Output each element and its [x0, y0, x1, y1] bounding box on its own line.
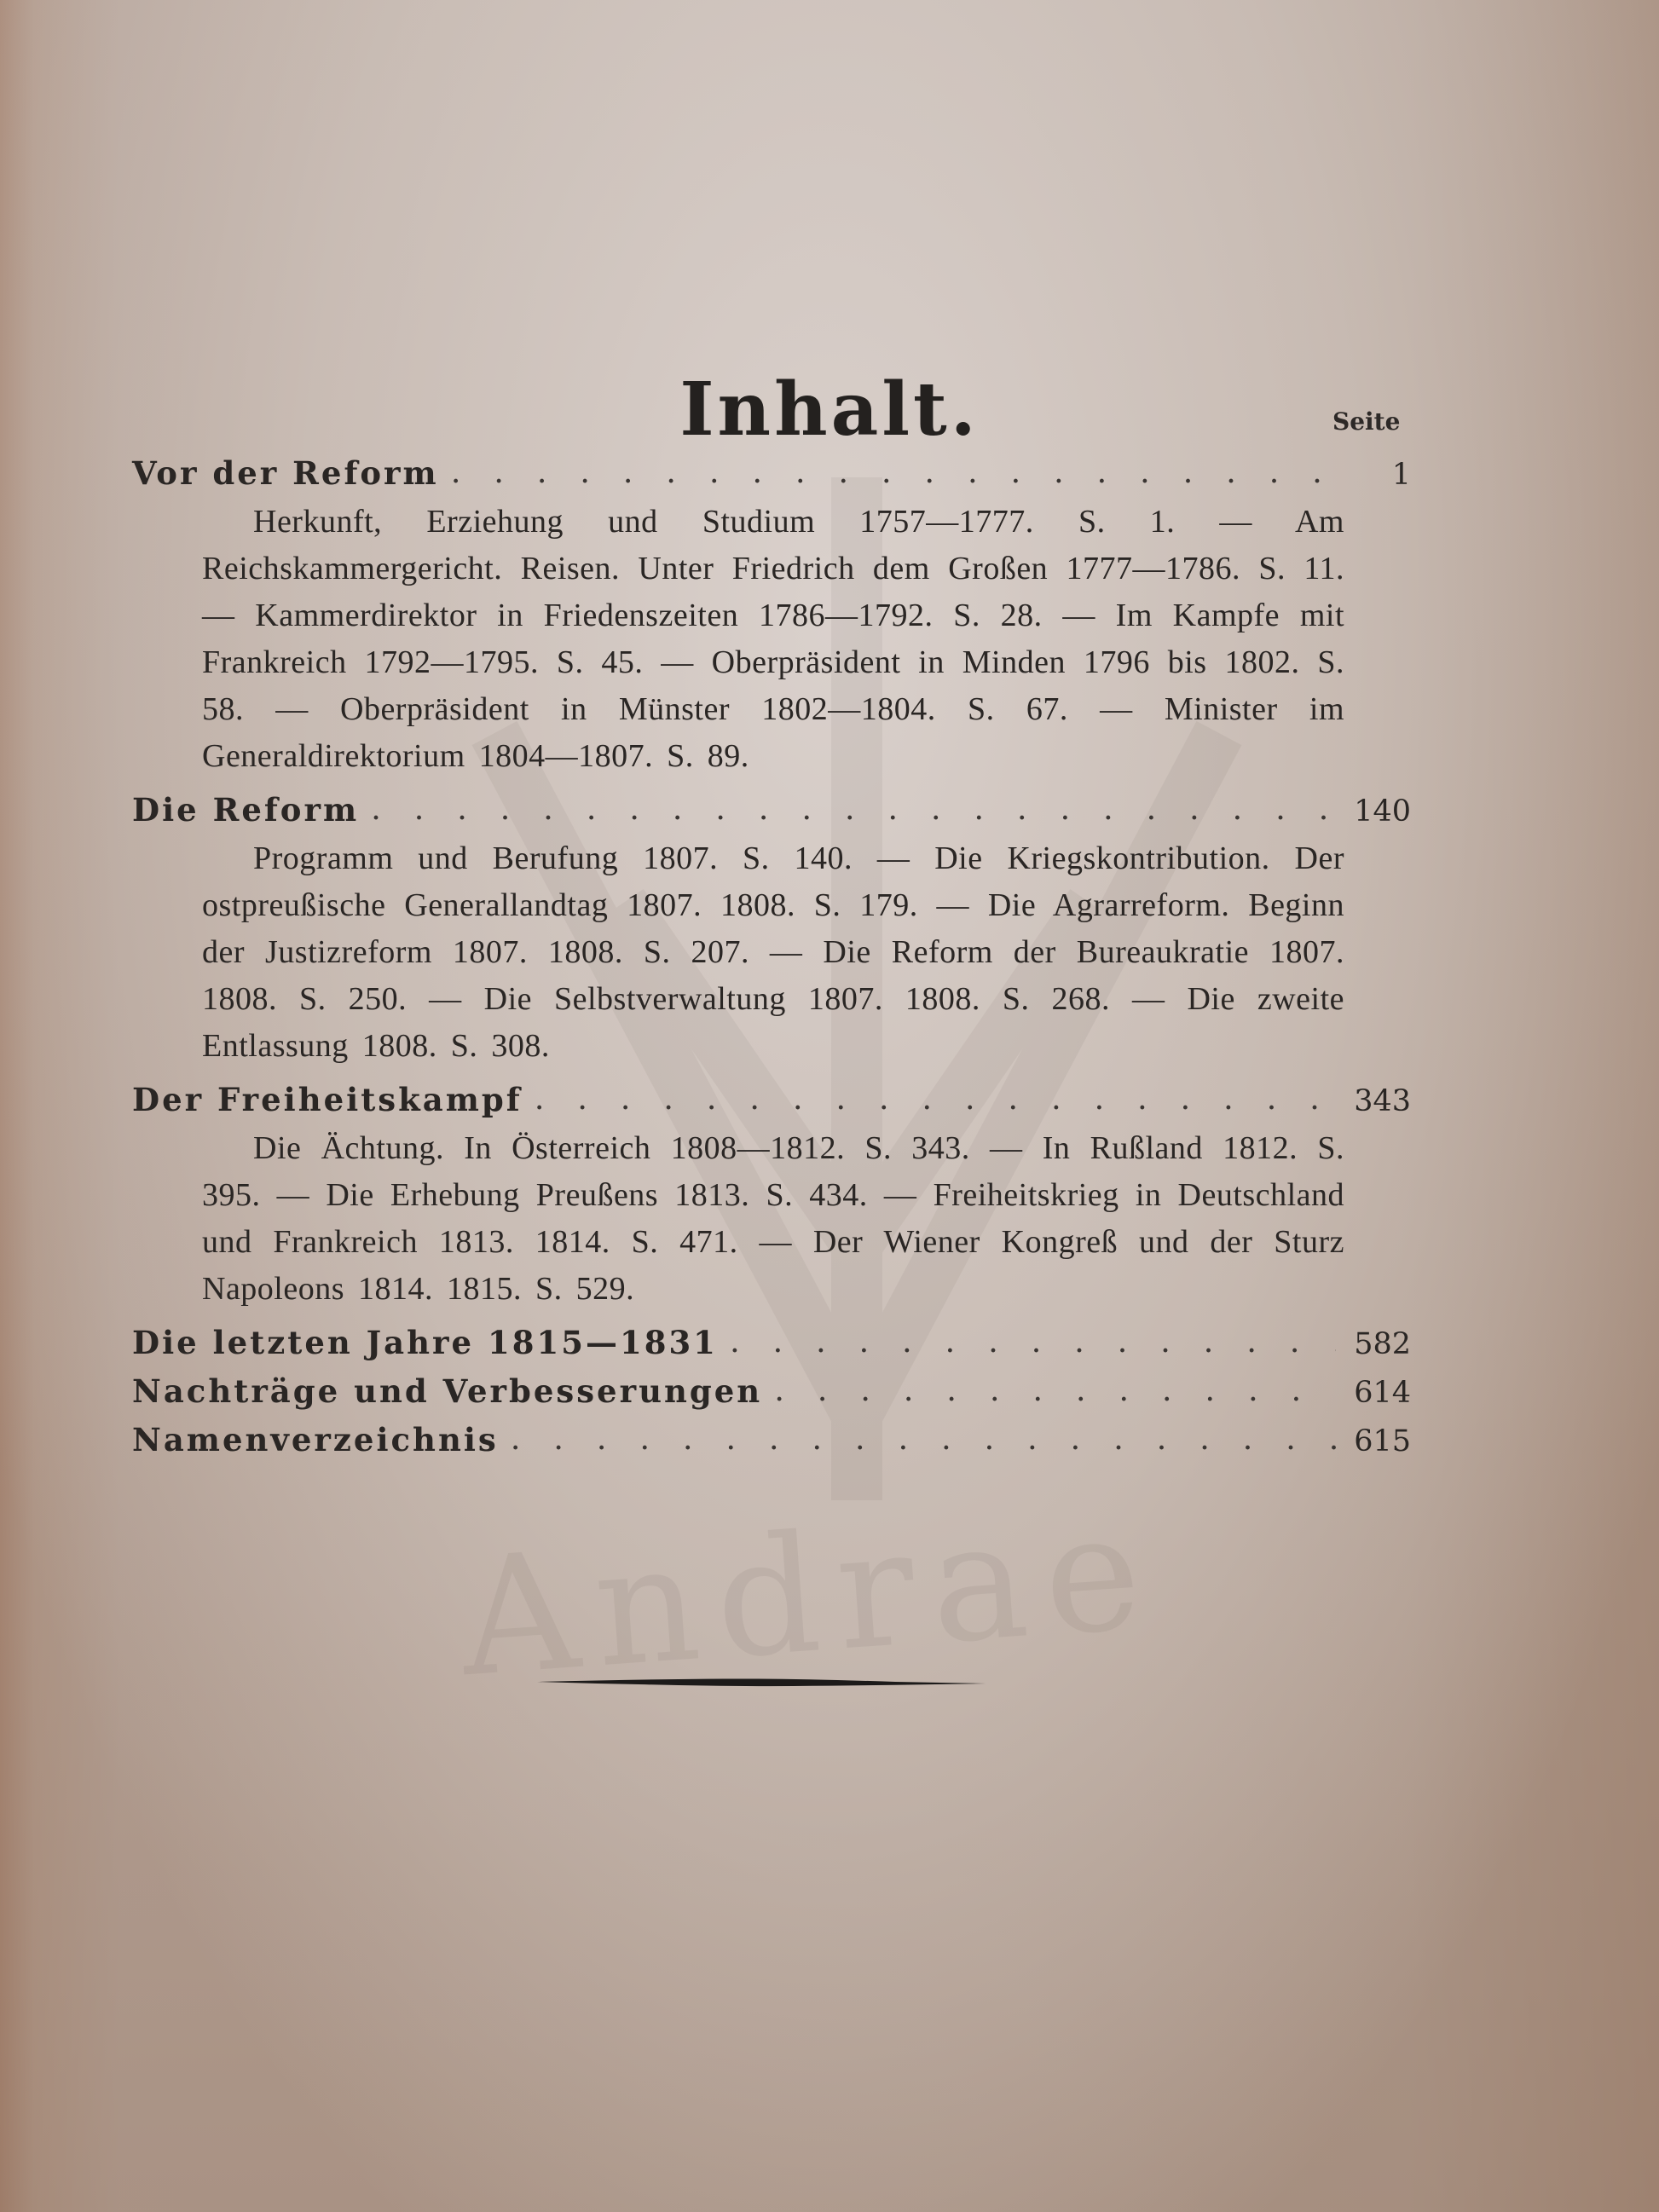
table-of-contents: Vor der Reform 1 Herkunft, Erziehung und…: [132, 450, 1411, 1465]
toc-entry-heading[interactable]: Vor der Reform 1: [132, 450, 1411, 499]
toc-entry: Die Reform 140 Programm und Berufung 180…: [132, 787, 1411, 1070]
decorative-rule-icon: [537, 1678, 986, 1688]
toc-page-number: 614: [1351, 1370, 1411, 1417]
toc-entry-title: Nachträge und Verbesserungen: [132, 1368, 762, 1415]
toc-entry-title: Der Freiheitskampf: [132, 1077, 523, 1123]
toc-entry-title: Die letzten Jahre 1815—1831: [132, 1320, 718, 1366]
toc-entry: Die letzten Jahre 1815—1831 582: [132, 1320, 1411, 1368]
dot-leader: [511, 1415, 1336, 1462]
toc-entry-description: Programm und Berufung 1807. S. 140. — Di…: [202, 835, 1344, 1070]
page-column-header: Seite: [1332, 407, 1400, 436]
toc-entry: Der Freiheitskampf 343 Die Ächtung. In Ö…: [132, 1077, 1411, 1313]
toc-entry-title: Vor der Reform: [132, 450, 439, 497]
toc-entry-heading[interactable]: Namenverzeichnis 615: [132, 1417, 1411, 1465]
dot-leader: [730, 1318, 1336, 1365]
toc-page-number: 140: [1351, 788, 1411, 835]
dot-leader: [451, 448, 1336, 495]
toc-entry: Nachträge und Verbesserungen 614: [132, 1368, 1411, 1417]
toc-entry-heading[interactable]: Die Reform 140: [132, 787, 1411, 835]
toc-entry-description: Die Ächtung. In Österreich 1808—1812. S.…: [202, 1125, 1344, 1313]
toc-page-number: 343: [1351, 1078, 1411, 1125]
toc-entry-description: Herkunft, Erziehung und Studium 1757—177…: [202, 499, 1344, 780]
toc-entry-title: Die Reform: [132, 787, 359, 834]
page-title: Inhalt.: [0, 367, 1659, 453]
toc-entry-heading[interactable]: Der Freiheitskampf 343: [132, 1077, 1411, 1125]
toc-entry: Vor der Reform 1 Herkunft, Erziehung und…: [132, 450, 1411, 780]
dot-leader: [371, 785, 1336, 832]
dot-leader: [535, 1075, 1336, 1122]
toc-entry-title: Namenverzeichnis: [132, 1417, 499, 1464]
dot-leader: [774, 1366, 1336, 1413]
toc-entry: Namenverzeichnis 615: [132, 1417, 1411, 1465]
toc-entry-heading[interactable]: Nachträge und Verbesserungen 614: [132, 1368, 1411, 1417]
toc-page-number: 582: [1351, 1321, 1411, 1368]
toc-entry-heading[interactable]: Die letzten Jahre 1815—1831 582: [132, 1320, 1411, 1368]
toc-page-number: 615: [1351, 1418, 1411, 1465]
toc-page-number: 1: [1351, 452, 1411, 499]
